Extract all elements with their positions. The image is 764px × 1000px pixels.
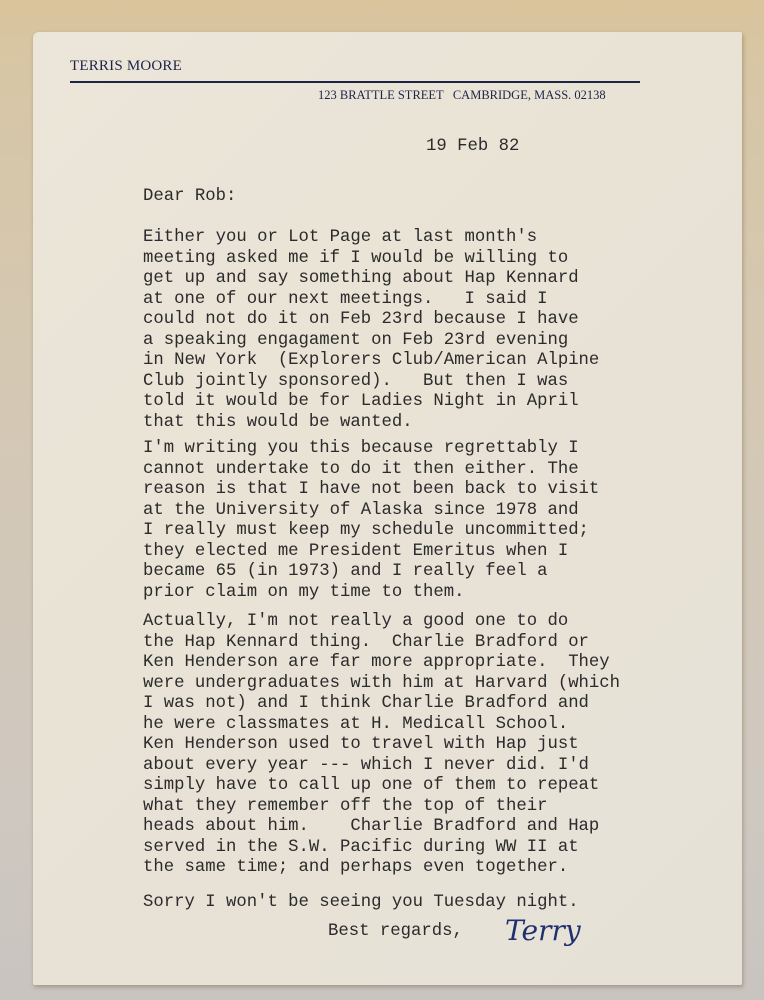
letterhead-rule <box>70 81 640 83</box>
typed-line: I really must keep my schedule uncommitt… <box>143 521 599 542</box>
typed-line: simply have to call up one of them to re… <box>143 776 620 797</box>
paragraph-1: Either you or Lot Page at last month'sme… <box>143 228 599 433</box>
typed-line: meeting asked me if I would be willing t… <box>143 249 599 270</box>
typed-line: the Hap Kennard thing. Charlie Bradford … <box>143 633 620 654</box>
typed-line: prior claim on my time to them. <box>143 583 599 604</box>
typed-line: told it would be for Ladies Night in Apr… <box>143 392 599 413</box>
typed-line: that this would be wanted. <box>143 413 599 434</box>
typed-line: cannot undertake to do it then either. T… <box>143 460 599 481</box>
typed-line: Ken Henderson used to travel with Hap ju… <box>143 735 620 756</box>
typed-line: Club jointly sponsored). But then I was <box>143 372 599 393</box>
typed-line: in New York (Explorers Club/American Alp… <box>143 351 599 372</box>
letterhead-name: TERRIS MOORE <box>70 58 182 75</box>
handwritten-signature: Terry <box>505 914 581 947</box>
typed-line: he were classmates at H. Medicall School… <box>143 715 620 736</box>
paragraph-2: I'm writing you this because regrettably… <box>143 439 599 603</box>
signoff: Best regards, <box>328 922 463 943</box>
typed-line: Ken Henderson are far more appropriate. … <box>143 653 620 674</box>
paragraph-3: Actually, I'm not really a good one to d… <box>143 612 620 879</box>
typed-line: Actually, I'm not really a good one to d… <box>143 612 620 633</box>
typed-line: became 65 (in 1973) and I really feel a <box>143 562 599 583</box>
typed-line: served in the S.W. Pacific during WW II … <box>143 838 620 859</box>
typed-line: I'm writing you this because regrettably… <box>143 439 599 460</box>
typed-line: I was not) and I think Charlie Bradford … <box>143 694 620 715</box>
typed-line: could not do it on Feb 23rd because I ha… <box>143 310 599 331</box>
typed-line: the same time; and perhaps even together… <box>143 858 620 879</box>
typed-line: reason is that I have not been back to v… <box>143 480 599 501</box>
salutation: Dear Rob: <box>143 187 236 208</box>
closing-line: Sorry I won't be seeing you Tuesday nigh… <box>143 893 579 914</box>
typed-line: what they remember off the top of their <box>143 797 620 818</box>
letter-date: 19 Feb 82 <box>426 137 519 158</box>
typed-line: were undergraduates with him at Harvard … <box>143 674 620 695</box>
typed-line: heads about him. Charlie Bradford and Ha… <box>143 817 620 838</box>
typed-line: at one of our next meetings. I said I <box>143 290 599 311</box>
typed-line: a speaking engagament on Feb 23rd evenin… <box>143 331 599 352</box>
typed-line: they elected me President Emeritus when … <box>143 542 599 563</box>
typed-line: about every year --- which I never did. … <box>143 756 620 777</box>
letterhead-address: 123 BRATTLE STREET CAMBRIDGE, MASS. 0213… <box>318 88 606 103</box>
typed-line: get up and say something about Hap Kenna… <box>143 269 599 290</box>
typed-line: Either you or Lot Page at last month's <box>143 228 599 249</box>
typed-line: at the University of Alaska since 1978 a… <box>143 501 599 522</box>
